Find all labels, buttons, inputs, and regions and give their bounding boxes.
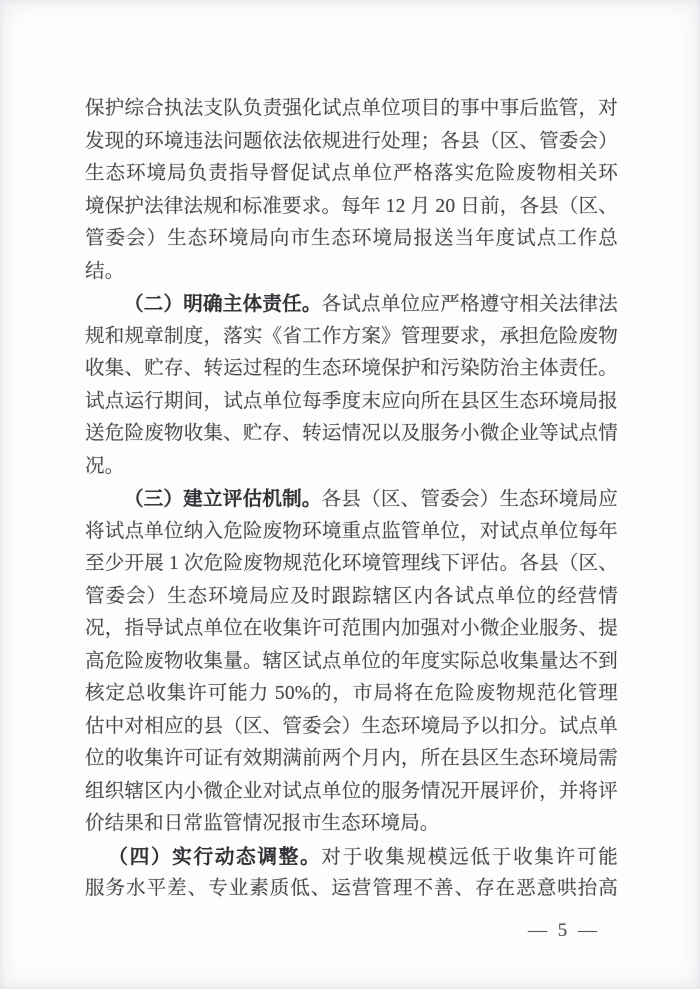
- text-line: 至少开展 1 次危险废物规范化环境管理线下评估。各县（区、: [85, 548, 618, 581]
- scanned-document-page: 保护综合执法支队负责强化试点单位项目的事中事后监管，对发现的环境违法问题依法依规…: [0, 0, 700, 989]
- body-text: 结。: [85, 261, 124, 282]
- body-text: 管委会）生态环境局向市生态环境局报送当年度试点工作总: [85, 228, 618, 249]
- text-line: 况，指导试点单位在收集许可范围内加强对小微企业服务、提: [85, 613, 618, 646]
- para-section-2: （二）明确主体责任。各试点单位应严格遵守相关法律法规和规章制度，落实《省工作方案…: [85, 288, 618, 483]
- text-line: 管委会）生态环境局应及时跟踪辖区内各试点单位的经营情: [85, 581, 618, 614]
- body-text: 位的收集许可证有效期满前两个月内，所在县区生态环境局需: [85, 748, 618, 769]
- text-line: 价结果和日常监管情况报市生态环境局。: [85, 808, 618, 841]
- body-text: 高危险废物收集量。辖区试点单位的年度实际总收集量达不到: [85, 651, 618, 672]
- body-text: 各试点单位应严格遵守相关法律法: [322, 294, 618, 315]
- para-section-3: （三）建立评估机制。各县（区、管委会）生态环境局应将试点单位纳入危险废物环境重点…: [85, 483, 618, 841]
- body-text: 将试点单位纳入危险废物环境重点监管单位，对试点单位每年: [85, 521, 618, 542]
- body-text: 价结果和日常监管情况报市生态环境局。: [85, 813, 440, 834]
- text-line: 规和规章制度，落实《省工作方案》管理要求，承担危险废物: [85, 321, 618, 354]
- text-line: 况。: [85, 451, 618, 484]
- text-line: （二）明确主体责任。各试点单位应严格遵守相关法律法: [85, 288, 618, 321]
- page-number: — 5 —: [528, 919, 600, 943]
- text-line: 收集、贮存、转运过程的生态环境保护和污染防治主体责任。: [85, 353, 618, 386]
- document-body: 保护综合执法支队负责强化试点单位项目的事中事后监管，对发现的环境违法问题依法依规…: [85, 93, 618, 906]
- body-text: 境保护法律法规和标准要求。每年 12 月 20 日前，各县（区、: [85, 196, 618, 217]
- text-line: 试点运行期间，试点单位每季度末应向所在县区生态环境局报: [85, 386, 618, 419]
- body-text: 保护综合执法支队负责强化试点单位项目的事中事后监管，对: [85, 98, 618, 119]
- para-continuation: 保护综合执法支队负责强化试点单位项目的事中事后监管，对发现的环境违法问题依法依规…: [85, 93, 618, 288]
- body-text: 各县（区、管委会）生态环境局应: [322, 489, 618, 510]
- body-text: 试点运行期间，试点单位每季度末应向所在县区生态环境局报: [85, 391, 618, 412]
- body-text: 收集、贮存、转运过程的生态环境保护和污染防治主体责任。: [85, 358, 618, 379]
- text-line: 服务水平差、专业素质低、运营管理不善、存在恶意哄抬高价、: [85, 873, 618, 906]
- body-text: 送危险废物收集、贮存、转运情况以及服务小微企业等试点情: [85, 423, 618, 444]
- text-line: 发现的环境违法问题依法依规进行处理；各县（区、管委会）: [85, 126, 618, 159]
- body-text: 至少开展 1 次危险废物规范化环境管理线下评估。各县（区、: [85, 553, 618, 574]
- text-line: （四）实行动态调整。对于收集规模远低于收集许可能力、: [85, 841, 618, 874]
- body-text: 管委会）生态环境局应及时跟踪辖区内各试点单位的经营情: [85, 586, 618, 607]
- text-line: 估中对相应的县（区、管委会）生态环境局予以扣分。试点单: [85, 711, 618, 744]
- body-text: 组织辖区内小微企业对试点单位的服务情况开展评价，并将评: [85, 781, 618, 802]
- text-line: 位的收集许可证有效期满前两个月内，所在县区生态环境局需: [85, 743, 618, 776]
- text-line: 送危险废物收集、贮存、转运情况以及服务小微企业等试点情: [85, 418, 618, 451]
- body-text: 况。: [85, 456, 124, 477]
- text-line: 核定总收集许可能力 50%的，市局将在危险废物规范化管理评: [85, 678, 618, 711]
- section-heading: （三）建立评估机制。: [124, 488, 322, 510]
- body-text: 服务水平差、专业素质低、运营管理不善、存在恶意哄抬高价、: [85, 878, 618, 906]
- text-line: 生态环境局负责指导督促试点单位严格落实危险废物相关环: [85, 158, 618, 191]
- text-line: 将试点单位纳入危险废物环境重点监管单位，对试点单位每年: [85, 516, 618, 549]
- text-line: 境保护法律法规和标准要求。每年 12 月 20 日前，各县（区、: [85, 191, 618, 224]
- text-line: 组织辖区内小微企业对试点单位的服务情况开展评价，并将评: [85, 776, 618, 809]
- text-line: 高危险废物收集量。辖区试点单位的年度实际总收集量达不到: [85, 646, 618, 679]
- body-text: 发现的环境违法问题依法依规进行处理；各县（区、管委会）: [85, 131, 618, 152]
- text-line: （三）建立评估机制。各县（区、管委会）生态环境局应: [85, 483, 618, 516]
- body-text: 核定总收集许可能力 50%的，市局将在危险废物规范化管理评: [85, 683, 618, 711]
- body-text: 生态环境局负责指导督促试点单位严格落实危险废物相关环: [85, 163, 618, 184]
- text-line: 结。: [85, 256, 618, 289]
- body-text: 况，指导试点单位在收集许可范围内加强对小微企业服务、提: [85, 618, 618, 639]
- section-heading: （二）明确主体责任。: [124, 293, 322, 315]
- text-line: 管委会）生态环境局向市生态环境局报送当年度试点工作总: [85, 223, 618, 256]
- body-text: 估中对相应的县（区、管委会）生态环境局予以扣分。试点单: [85, 716, 618, 737]
- section-heading: （四）实行动态调整。: [108, 846, 321, 868]
- text-line: 保护综合执法支队负责强化试点单位项目的事中事后监管，对: [85, 93, 618, 126]
- para-section-4: （四）实行动态调整。对于收集规模远低于收集许可能力、服务水平差、专业素质低、运营…: [85, 841, 618, 906]
- body-text: 规和规章制度，落实《省工作方案》管理要求，承担危险废物: [85, 326, 618, 347]
